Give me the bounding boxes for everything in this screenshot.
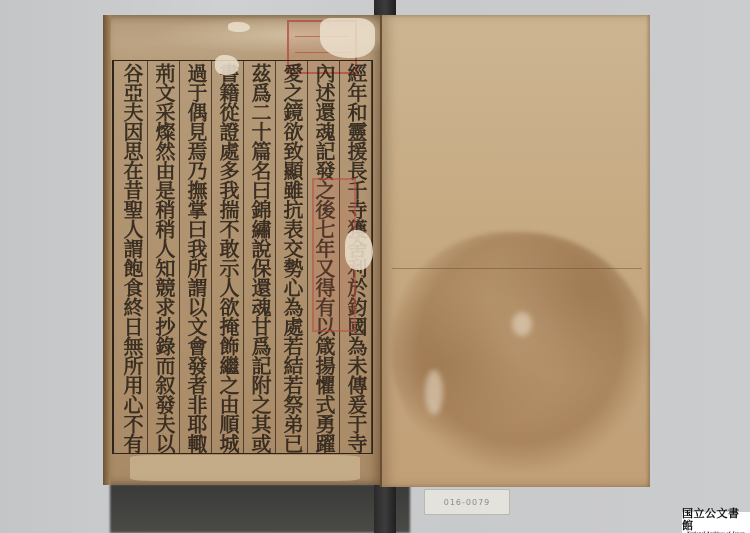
paper-tear — [215, 55, 239, 75]
stain-highlight — [512, 312, 532, 336]
bottom-margin-wear — [130, 455, 360, 481]
column-text: 書籍從證處多我揣不敢示人欲掩飾繼之由順城門各合學士曾公子禁 — [212, 61, 243, 453]
paper-tear — [228, 22, 250, 32]
text-column: 過于偶見焉乃撫掌曰我所謂以文會發者非耶輙冠以叙稱其機龐豊 — [180, 61, 212, 453]
call-number-label: 016-0079 — [424, 489, 510, 515]
column-text: 谷亞夫因思在昔聖人謂飽食終日無所用心不有博奕者乎寫猶賢乎 — [114, 61, 147, 453]
column-text: 茲爲二十篇名曰錦繡說保還魂甘爲記附之其或荼鸞族出矣記憶無 — [244, 61, 275, 453]
page-crease — [392, 268, 642, 269]
book-shadow — [110, 484, 410, 533]
paper-tear — [320, 18, 375, 58]
paper-tear — [345, 230, 373, 270]
watermark-japanese: 国立公文書館 — [682, 508, 750, 532]
archives-watermark: 国立公文書館 National Archives of Japan — [682, 512, 750, 533]
stain-highlight — [425, 370, 443, 415]
column-text: 過于偶見焉乃撫掌曰我所謂以文會發者非耶輙冠以叙稱其機龐豊 — [180, 61, 211, 453]
left-page-edge — [103, 15, 111, 485]
column-text: 荊文采燦然由是稍稍人知競求抄錄而叙發夫以絕跡而原者雖坐勢不 — [148, 61, 179, 453]
text-column: 荊文采燦然由是稍稍人知競求抄錄而叙發夫以絕跡而原者雖坐勢不 — [148, 61, 180, 453]
column-text: 愛之鏡欲致顯雖抗表交勢心為處若結若祭弟已覆妻之眼撓憫間 — [276, 61, 307, 453]
spine-line — [380, 15, 382, 487]
text-column: 茲爲二十篇名曰錦繡說保還魂甘爲記附之其或荼鸞族出矣記憶無 — [244, 61, 276, 453]
text-column: 谷亞夫因思在昔聖人謂飽食終日無所用心不有博奕者乎寫猶賢乎 — [114, 61, 148, 453]
text-column: 書籍從證處多我揣不敢示人欲掩飾繼之由順城門各合學士曾公子禁 — [212, 61, 244, 453]
text-column: 愛之鏡欲致顯雖抗表交勢心為處若結若祭弟已覆妻之眼撓憫間 — [276, 61, 308, 453]
